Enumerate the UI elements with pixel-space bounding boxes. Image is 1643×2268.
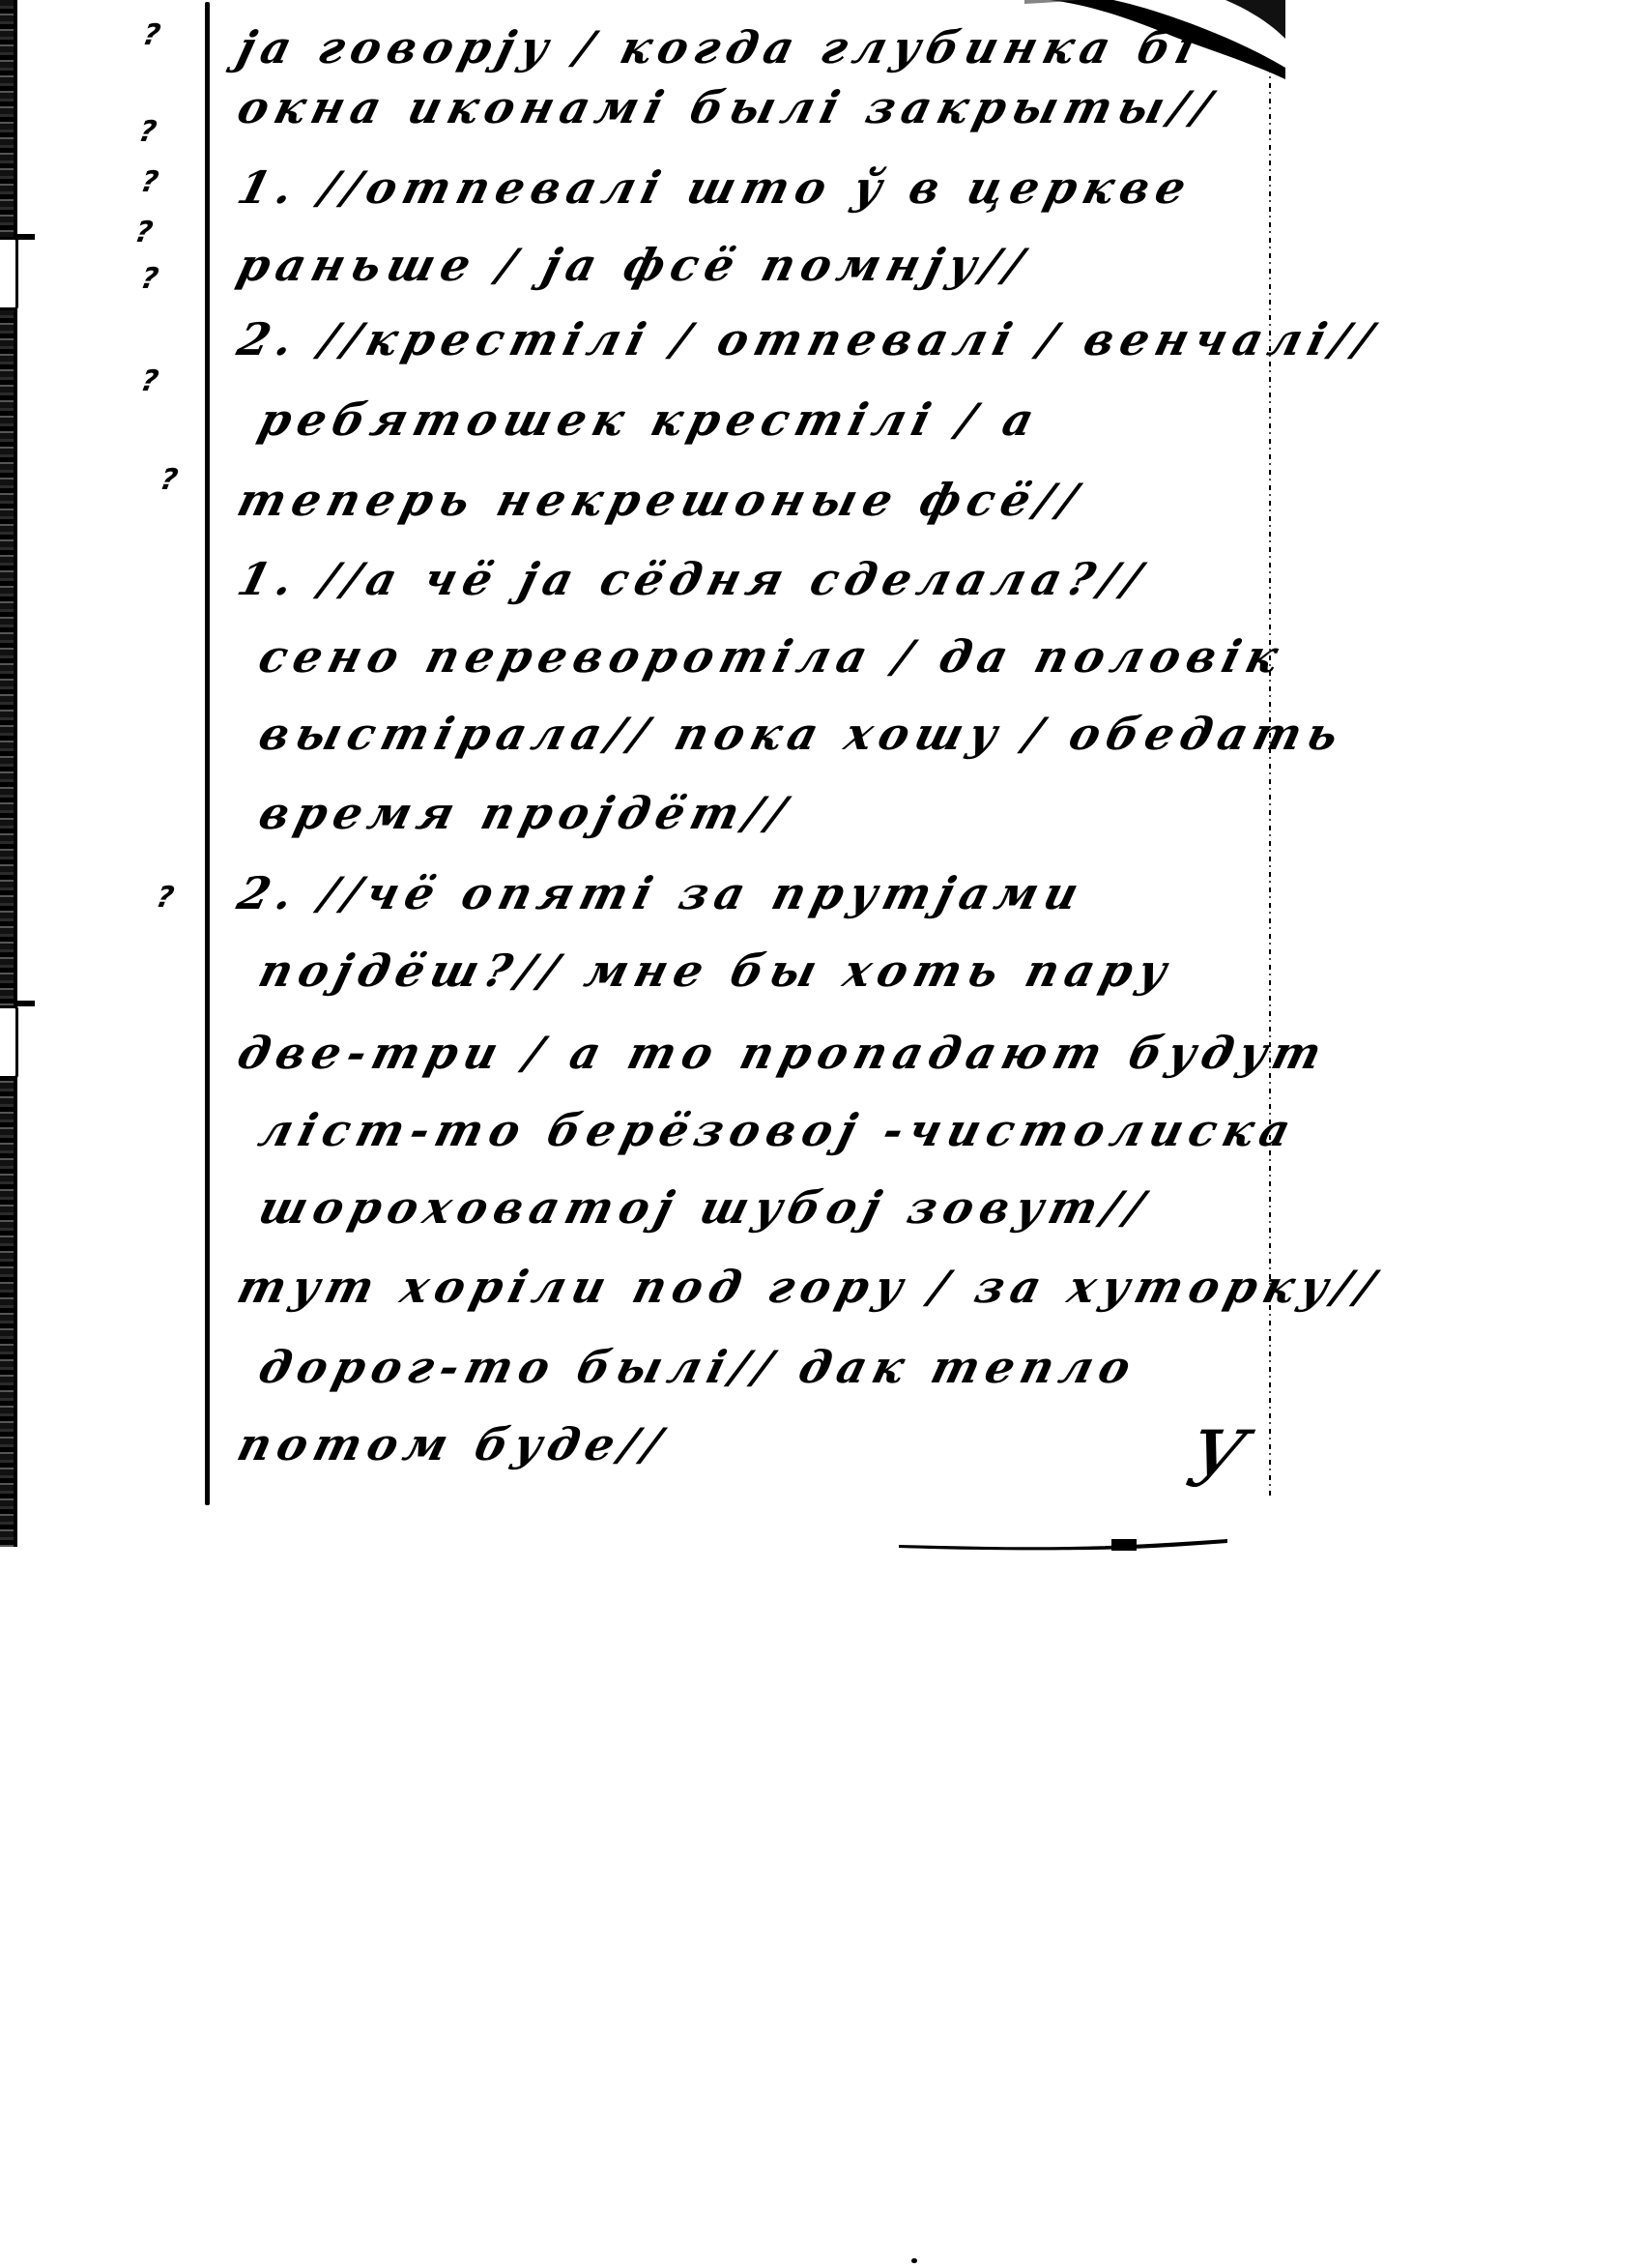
text-line-2: окна иконамі былі закрыты//	[232, 79, 1224, 135]
text-line-13: појдёш?// мне бы хоть пару	[253, 943, 1179, 999]
signature-initial: У	[1180, 1421, 1253, 1498]
text-line-1: ја говорју / когда глубинка бі	[232, 19, 1208, 75]
text-line-19: потом буде//	[232, 1416, 674, 1472]
text-line-12: 2. //чё опяті за прутјами	[232, 865, 1091, 921]
stray-ink-dot	[911, 2258, 917, 2263]
margin-question-mark: ?	[132, 218, 155, 247]
margin-question-mark: ?	[154, 884, 176, 913]
binder-clip-top	[0, 237, 18, 310]
binding-edge	[14, 0, 17, 1547]
text-line-11: время пројдёт//	[253, 785, 798, 841]
text-line-5: 2. //крестілі / отпевалі / венчалі//	[232, 311, 1385, 367]
text-line-9: сено переворотіла / да половік	[253, 628, 1290, 684]
bottom-edge-smudge	[899, 1537, 1227, 1551]
margin-question-mark: ?	[140, 21, 162, 50]
margin-rule	[205, 2, 210, 1505]
text-line-16: шороховатој шубој зовут//	[253, 1179, 1157, 1236]
margin-question-mark: ?	[138, 265, 160, 294]
text-line-4: раньше / ја фсё помнју//	[232, 237, 1035, 293]
text-line-18: дорог-то былі// дак тепло	[253, 1339, 1143, 1395]
margin-question-mark: ?	[138, 367, 160, 396]
margin-question-mark: ?	[136, 118, 159, 147]
text-line-14: две-три / а то пропадают будут	[232, 1025, 1334, 1081]
text-line-17: тут хоріли под гору / за хуторку//	[232, 1259, 1387, 1315]
text-line-15: ліст-то берёзовој -чистолиска	[253, 1102, 1303, 1158]
text-line-3: 1. //отпевалі што ў в церкве	[232, 160, 1198, 216]
binder-clip-tab-top	[14, 234, 35, 240]
text-line-6: ребятошек крестілі / а	[253, 392, 1047, 448]
text-line-7: теперь некрешоные фсё//	[232, 472, 1089, 528]
text-line-10: выстірала// пока хошу / обедать	[253, 706, 1351, 762]
binder-clip-bottom	[0, 1005, 18, 1079]
margin-question-mark: ?	[158, 466, 180, 495]
binder-clip-tab-bottom	[14, 1001, 35, 1006]
margin-question-mark: ?	[138, 168, 160, 197]
text-line-8: 1. //а чё ја сёдня сделала?//	[232, 551, 1154, 607]
